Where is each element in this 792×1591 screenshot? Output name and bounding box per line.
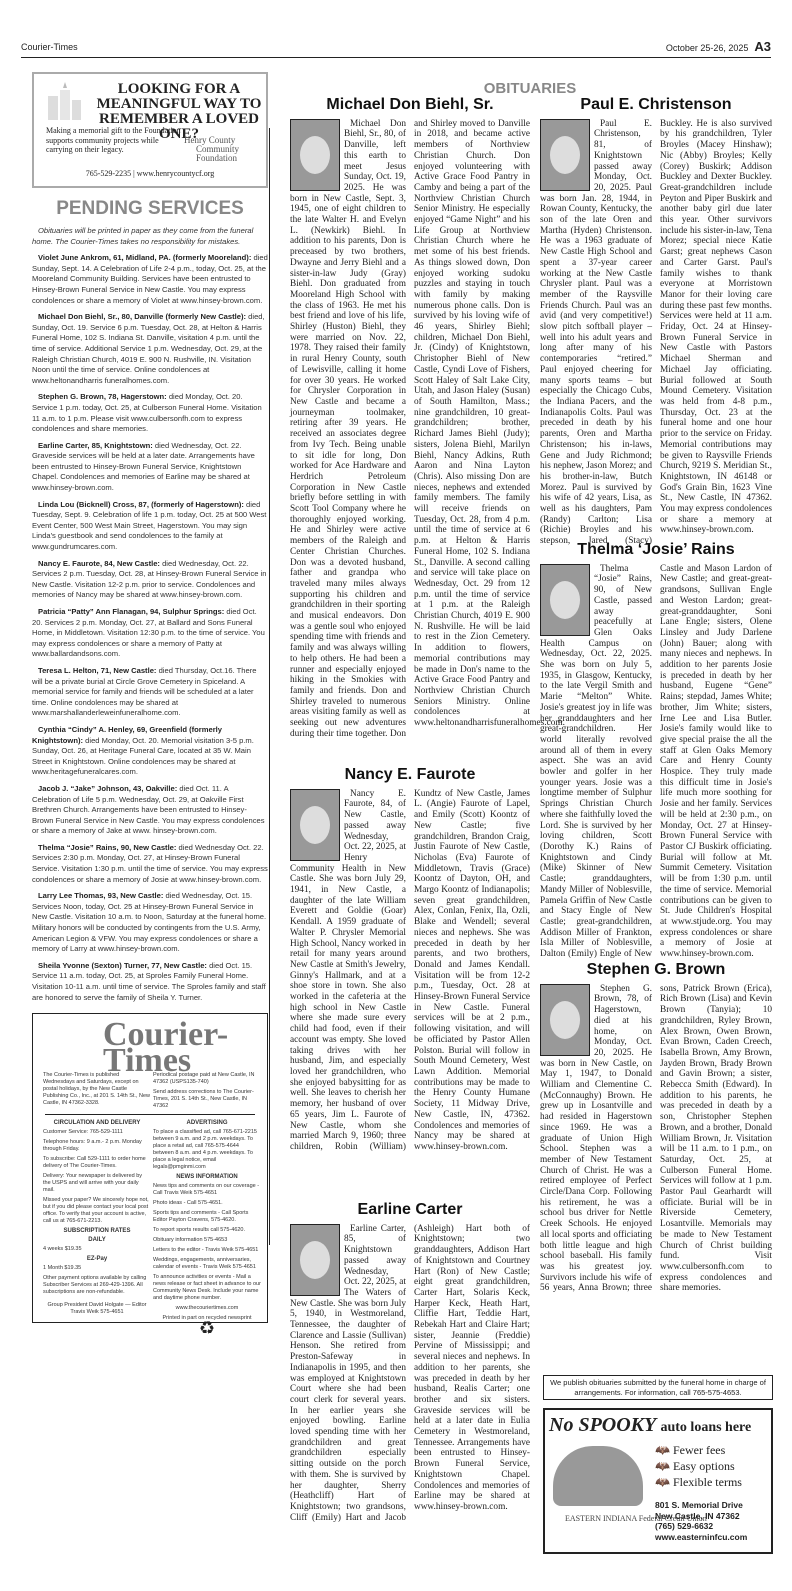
pending-services-list: Obituaries will be printed in paper as t…: [32, 226, 268, 1003]
memorial-ad[interactable]: LOOKING FOR A MEANINGFUL WAY TO REMEMBER…: [32, 72, 268, 188]
portrait-photo: [290, 119, 340, 191]
pending-services-title: PENDING SERVICES: [32, 198, 268, 220]
advertising-news: ADVERTISINGTo place a classified ad, cal…: [153, 1118, 261, 1332]
credit-union-logo: EASTERN INDIANA Federal Credit Union: [565, 1514, 707, 1523]
obit-rains: Thelma ‘Josie’ Rains Thelma “Josie” Rain…: [540, 545, 772, 945]
pumpkin-bus-illustration: [553, 1446, 643, 1506]
pending-service-item: Linda Lou (Bicknell) Cross, 87, (formerl…: [32, 500, 268, 553]
obit-faurote: Nancy E. Faurote Nancy E. Faurote, 84, o…: [290, 770, 530, 1170]
website-link[interactable]: www.thecouriertimes.com: [153, 1305, 261, 1312]
divider: [45, 1114, 255, 1115]
pending-service-item: Thelma “Josie” Rains, 90, New Castle: di…: [32, 843, 268, 885]
obit-biehl: Michael Don Biehl, Sr. Michael Don Biehl…: [290, 100, 530, 740]
foundation-logo: Henry CountyCommunity Foundation: [184, 136, 266, 163]
pending-service-item: Teresa L. Helton, 71, New Castle: died T…: [32, 666, 268, 719]
pending-service-item: Jacob J. “Jake” Johnson, 43, Oakville: d…: [32, 784, 268, 837]
column-rule: [269, 128, 270, 1245]
pending-service-item: Nancy E. Faurote, 84, New Castle: died W…: [32, 559, 268, 601]
left-column: LOOKING FOR A MEANINGFUL WAY TO REMEMBER…: [32, 72, 268, 1323]
issue-date: October 25-26, 2025A3: [666, 39, 771, 54]
page-header: Courier-Times October 25-26, 2025A3: [21, 36, 771, 58]
ad-body: Making a memorial gift to the Foundation…: [46, 126, 186, 155]
portrait-photo: [540, 984, 590, 1056]
pending-service-item: Patricia “Patty” Ann Flanagan, 94, Sulph…: [32, 607, 268, 660]
obituaries-title: OBITUARIES: [290, 80, 770, 97]
courier-times-logo: Courier-Times: [103, 1022, 267, 1074]
recycle-icon: ♻: [153, 1325, 261, 1332]
ad-headline: No SPOOKY auto loans here: [549, 1414, 767, 1437]
candles-icon: [44, 82, 84, 122]
obit-brown: Stephen G. Brown Stephen G. Brown, 78, o…: [540, 965, 772, 1365]
masthead-box: Courier-Times The Courier-Times is publi…: [32, 1013, 268, 1323]
auto-loan-ad[interactable]: No SPOOKY auto loans here 🦇 Fewer fees 🦇…: [543, 1408, 773, 1554]
pub-info: The Courier-Times is published Wednesday…: [43, 1072, 151, 1107]
pending-intro: Obituaries will be printed in paper as t…: [32, 226, 268, 247]
pending-service-item: Earline Carter, 85, Knightstown: died We…: [32, 441, 268, 494]
pending-service-item: Stephen G. Brown, 78, Hagerstown: died M…: [32, 392, 268, 434]
page-number: A3: [754, 39, 771, 54]
portrait-photo: [540, 119, 590, 191]
obit-carter: Earline Carter Earline Carter, 85, of Kn…: [290, 1205, 530, 1585]
loan-benefits: 🦇 Fewer fees 🦇 Easy options 🦇 Flexible t…: [655, 1442, 742, 1490]
pending-service-item: Sheila Yvonne (Sexton) Turner, 77, New C…: [32, 961, 268, 1003]
postage-info: Periodical postage paid at New Castle, I…: [153, 1072, 261, 1113]
circulation: CIRCULATION AND DELIVERY Customer Servic…: [43, 1118, 151, 1319]
portrait-photo: [290, 1224, 340, 1296]
pending-service-item: Michael Don Biehl, Sr., 80, Danville (fo…: [32, 312, 268, 386]
ad-contact: 765-529-2235 | www.henrycountycf.org: [34, 169, 266, 178]
pending-service-item: Cynthia “Cindy” A. Henley, 69, Greenfiel…: [32, 725, 268, 778]
paper-name: Courier-Times: [21, 42, 78, 52]
portrait-photo: [540, 564, 590, 636]
obit-christenson: Paul E. Christenson Paul E. Christenson,…: [540, 100, 772, 530]
pending-service-item: Larry Lee Thomas, 93, New Castle: died W…: [32, 891, 268, 955]
website-link[interactable]: www.easterninfcu.com: [655, 1532, 747, 1543]
obituary-notice: We publish obituaries submitted by the f…: [543, 1375, 773, 1400]
pending-service-item: Violet June Ankrom, 61, Midland, PA. (fo…: [32, 253, 268, 306]
portrait-photo: [290, 789, 340, 861]
